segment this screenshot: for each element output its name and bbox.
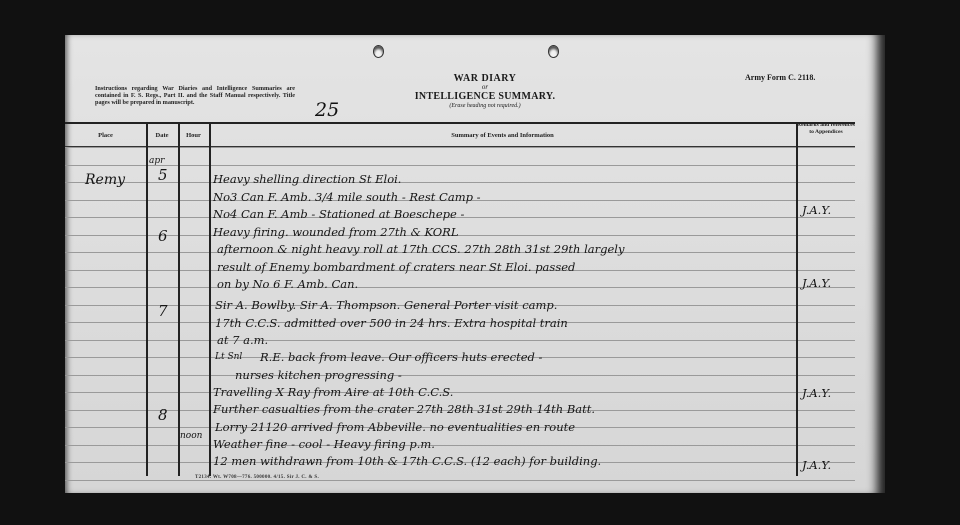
margin-note: Lt Snl [215,349,242,367]
column-header-remarks: Remarks and references to Appendices [796,122,856,135]
title-note: (Erase heading not required.) [365,103,605,109]
summary-line: Lorry 21120 arrived from Abbeville. no e… [215,419,575,437]
remarks-initials: J.A.Y. [802,275,831,293]
summary-line: nurses kitchen progressing - [235,367,402,385]
column-header-place: Place [65,132,146,139]
instructions-text: Instructions regarding War Diaries and I… [95,85,295,106]
summary-line: Sir A. Bowlby. Sir A. Thompson. General … [215,297,557,315]
remarks-initials: J.A.Y. [802,457,831,475]
column-divider [209,124,211,476]
summary-line: No4 Can F. Amb - Stationed at Boeschepe … [213,206,464,224]
column-header-hour: Hour [178,132,209,139]
ruled-line [65,480,855,481]
summary-line: at 7 a.m. [217,332,268,350]
title-connector: or [365,84,605,91]
ruled-line [65,165,855,166]
date-entry: 7 [158,303,168,321]
column-divider [146,124,148,476]
date-entry: 5 [158,167,168,185]
ruled-line [65,182,855,183]
column-header-summary: Summary of Events and Information [209,132,796,139]
ruled-line [65,375,855,376]
page-number: 25 [315,99,339,121]
date-entry: 6 [158,228,168,246]
ruled-line [65,147,855,148]
ruled-line [65,340,855,341]
summary-line: 17th C.C.S. admitted over 500 in 24 hrs.… [215,315,568,333]
summary-line: afternoon & night heavy roll at 17th CCS… [217,241,625,259]
remarks-initials: J.A.Y. [802,385,831,403]
form-number: Army Form C. 2118. [745,73,815,82]
summary-line: Further casualties from the crater 27th … [213,401,595,419]
title-block: WAR DIARY or INTELLIGENCE SUMMARY. (Eras… [365,73,605,109]
column-divider [178,124,180,476]
summary-line: Weather fine - cool - Heavy firing p.m. [213,436,435,454]
summary-line: Heavy shelling direction St Eloi. [213,171,401,189]
punch-hole [373,45,384,58]
ruled-line [65,392,855,393]
document-subtitle: INTELLIGENCE SUMMARY. [365,91,605,102]
date-entry: 8 [158,407,168,425]
summary-line: 12 men withdrawn from 10th & 17th C.C.S.… [213,453,601,471]
ruled-line [65,235,855,236]
ruled-line [65,287,855,288]
place-entry: Remy [85,172,125,190]
remarks-initials: J.A.Y. [802,202,831,220]
column-divider [796,124,798,476]
summary-line: result of Enemy bombardment of craters n… [217,259,575,277]
hour-entry: noon [180,428,202,446]
summary-line: on by No 6 F. Amb. Can. [217,276,358,294]
war-diary-page: Instructions regarding War Diaries and I… [65,35,885,493]
summary-line: Travelling X Ray from Aire at 10th C.C.S… [213,384,453,402]
printer-imprint: T2134. Wt. W708—776. 500000. 4/15. Sir J… [195,475,319,480]
summary-line: R.E. back from leave. Our officers huts … [260,349,542,367]
summary-line: Heavy firing. wounded from 27th & KORL [213,224,458,242]
header-rule [65,122,855,124]
summary-line: No3 Can F. Amb. 3/4 mile south - Rest Ca… [213,189,481,207]
punch-hole [548,45,559,58]
column-header-date: Date [146,132,178,139]
